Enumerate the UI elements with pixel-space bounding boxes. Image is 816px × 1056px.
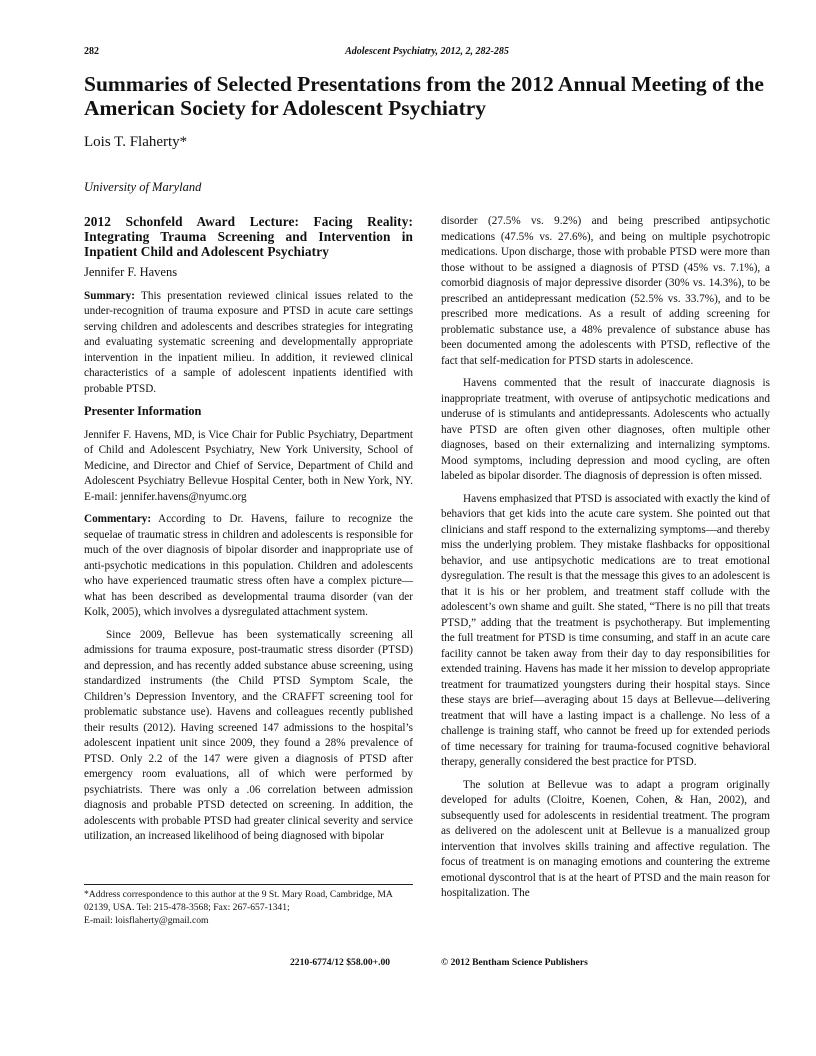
- commentary-paragraph: Commentary: According to Dr. Havens, fai…: [84, 512, 413, 621]
- body-paragraph-3: Havens emphasized that PTSD is associate…: [441, 492, 770, 771]
- presenter-info-heading: Presenter Information: [84, 404, 413, 420]
- left-column: 2012 Schonfeld Award Lecture: Facing Rea…: [84, 214, 413, 852]
- presenter-info-text: Jennifer F. Havens, MD, is Vice Chair fo…: [84, 428, 413, 506]
- body-paragraph-4: The solution at Bellevue was to adapt a …: [441, 778, 770, 902]
- footnote-address: *Address correspondence to this author a…: [84, 888, 413, 914]
- running-header: 282 Adolescent Psychiatry, 2012, 2, 282-…: [84, 46, 770, 60]
- commentary-text: According to Dr. Havens, failure to reco…: [84, 513, 413, 618]
- section-title: 2012 Schonfeld Award Lecture: Facing Rea…: [84, 214, 413, 259]
- issn-price: 2210-6774/12 $58.00+.00: [290, 957, 390, 968]
- author-affiliation: University of Maryland: [84, 180, 201, 195]
- summary-paragraph: Summary: This presentation reviewed clin…: [84, 289, 413, 398]
- correspondence-footnote: *Address correspondence to this author a…: [84, 884, 413, 927]
- body-paragraph-1: Since 2009, Bellevue has been systematic…: [84, 628, 413, 845]
- journal-citation: Adolescent Psychiatry, 2012, 2, 282-285: [84, 46, 770, 57]
- summary-text: This presentation reviewed clinical issu…: [84, 290, 413, 395]
- copyright-notice: © 2012 Bentham Science Publishers: [441, 957, 588, 968]
- article-author: Lois T. Flaherty*: [84, 134, 187, 151]
- presenter-name: Jennifer F. Havens: [84, 265, 413, 281]
- body-paragraph-1-continued: disorder (27.5% vs. 9.2%) and being pres…: [441, 214, 770, 369]
- body-paragraph-2: Havens commented that the result of inac…: [441, 376, 770, 485]
- article-title: Summaries of Selected Presentations from…: [84, 72, 784, 120]
- footnote-email: E-mail: loisflaherty@gmail.com: [84, 914, 413, 927]
- commentary-label: Commentary:: [84, 513, 151, 525]
- right-column: disorder (27.5% vs. 9.2%) and being pres…: [441, 214, 770, 909]
- summary-label: Summary:: [84, 290, 135, 302]
